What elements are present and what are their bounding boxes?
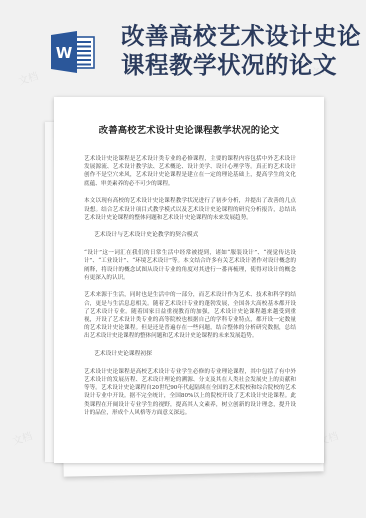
paragraph: 艺术设计史论课程是高校艺术设计专业学生必修的专业理论课程，其中包括了有中外艺术设… [84, 368, 296, 417]
word-document-icon: W [50, 31, 98, 73]
svg-text:W: W [56, 44, 73, 62]
page-title: 改善高校艺术设计史论 课程教学状况的论文 [121, 22, 361, 80]
paragraph: 本文以现有高校的艺术设计史论课程教学状况进行了初步分析，并提出了改善的几点设想。… [84, 197, 296, 222]
subheading: 艺术设计与艺术设计史论教学的契合模式 [84, 231, 296, 239]
watermark: 文档 [10, 427, 34, 447]
document-title: 改善高校艺术设计史论课程教学状况的论文 [54, 122, 324, 136]
paragraph: 艺术来源于生活，同时也是生活中的一部分，而艺术设计作为艺术、技术和科学的结合，更… [84, 291, 296, 340]
subheading: 艺术设计史论课程初探 [84, 350, 296, 358]
header: W 改善高校艺术设计史论 课程教学状况的论文 [0, 0, 366, 96]
document-body: 艺术设计史论课程是艺术设计类专业的必修课程，主要的课程内容包括中外艺术设计发展源… [84, 155, 296, 427]
paragraph: “设计”这一词汇在我们的日常生活中经常被提到，诸如“服装设计”、“视觉传达设计”… [84, 249, 296, 282]
title-line-1: 改善高校艺术设计史论 [121, 22, 361, 51]
paragraph: 艺术设计史论课程是艺术设计类专业的必修课程，主要的课程内容包括中外艺术设计发展源… [84, 155, 296, 188]
title-line-2: 课程教学状况的论文 [121, 51, 361, 80]
document-page: 改善高校艺术设计史论课程教学状况的论文 艺术设计史论课程是艺术设计类专业的必修课… [54, 97, 324, 463]
